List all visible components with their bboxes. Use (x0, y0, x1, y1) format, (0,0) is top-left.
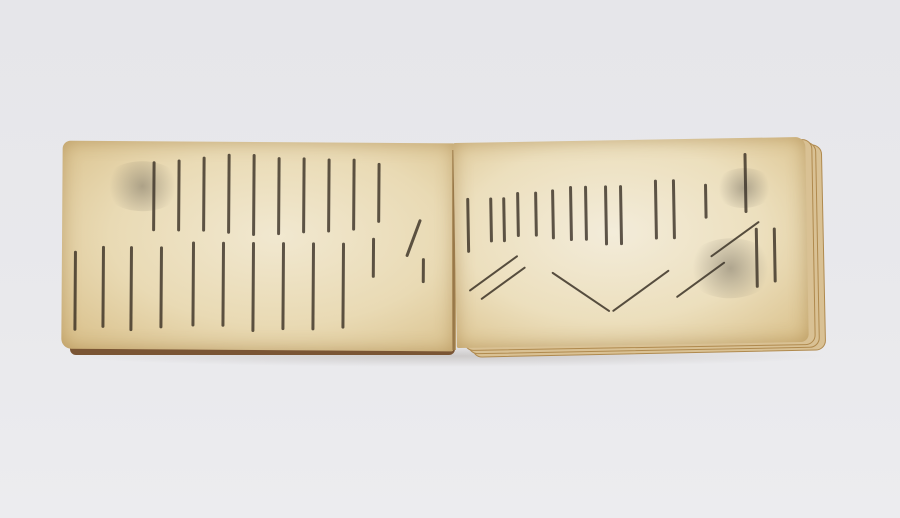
text-line (352, 159, 356, 231)
text-line (534, 192, 538, 237)
text-line (277, 157, 281, 235)
text-line (516, 192, 520, 237)
text-line (569, 186, 573, 241)
text-line (281, 242, 285, 330)
text-line (327, 158, 331, 232)
stain (714, 167, 775, 208)
text-line (221, 242, 225, 327)
diagonal-text-line (612, 269, 670, 312)
text-line (704, 184, 708, 219)
diagonal-text-line (480, 266, 526, 300)
text-line (202, 157, 206, 232)
text-line (654, 180, 658, 240)
text-line (466, 198, 470, 253)
text-line (227, 154, 231, 234)
signature-mark (405, 219, 422, 258)
text-line (489, 197, 493, 242)
text-line (159, 246, 163, 328)
stain (102, 161, 182, 212)
text-line (372, 238, 375, 278)
diagonal-text-line (469, 255, 519, 292)
signature-mark (422, 258, 425, 283)
text-line (302, 157, 306, 233)
text-line (341, 243, 345, 329)
text-line (252, 154, 256, 236)
right-page (453, 137, 809, 348)
text-line (129, 246, 133, 331)
text-line (311, 242, 315, 330)
text-line (604, 185, 608, 245)
text-line (251, 242, 255, 332)
text-line (73, 251, 77, 331)
stain (685, 237, 776, 299)
text-line (551, 189, 555, 239)
left-page (61, 141, 454, 352)
text-line (101, 246, 105, 328)
text-line (619, 185, 623, 245)
text-line (377, 163, 380, 223)
text-line (584, 186, 588, 241)
text-line (672, 179, 676, 239)
diagonal-text-line (551, 271, 610, 312)
text-line (191, 242, 195, 327)
text-line (502, 197, 506, 242)
